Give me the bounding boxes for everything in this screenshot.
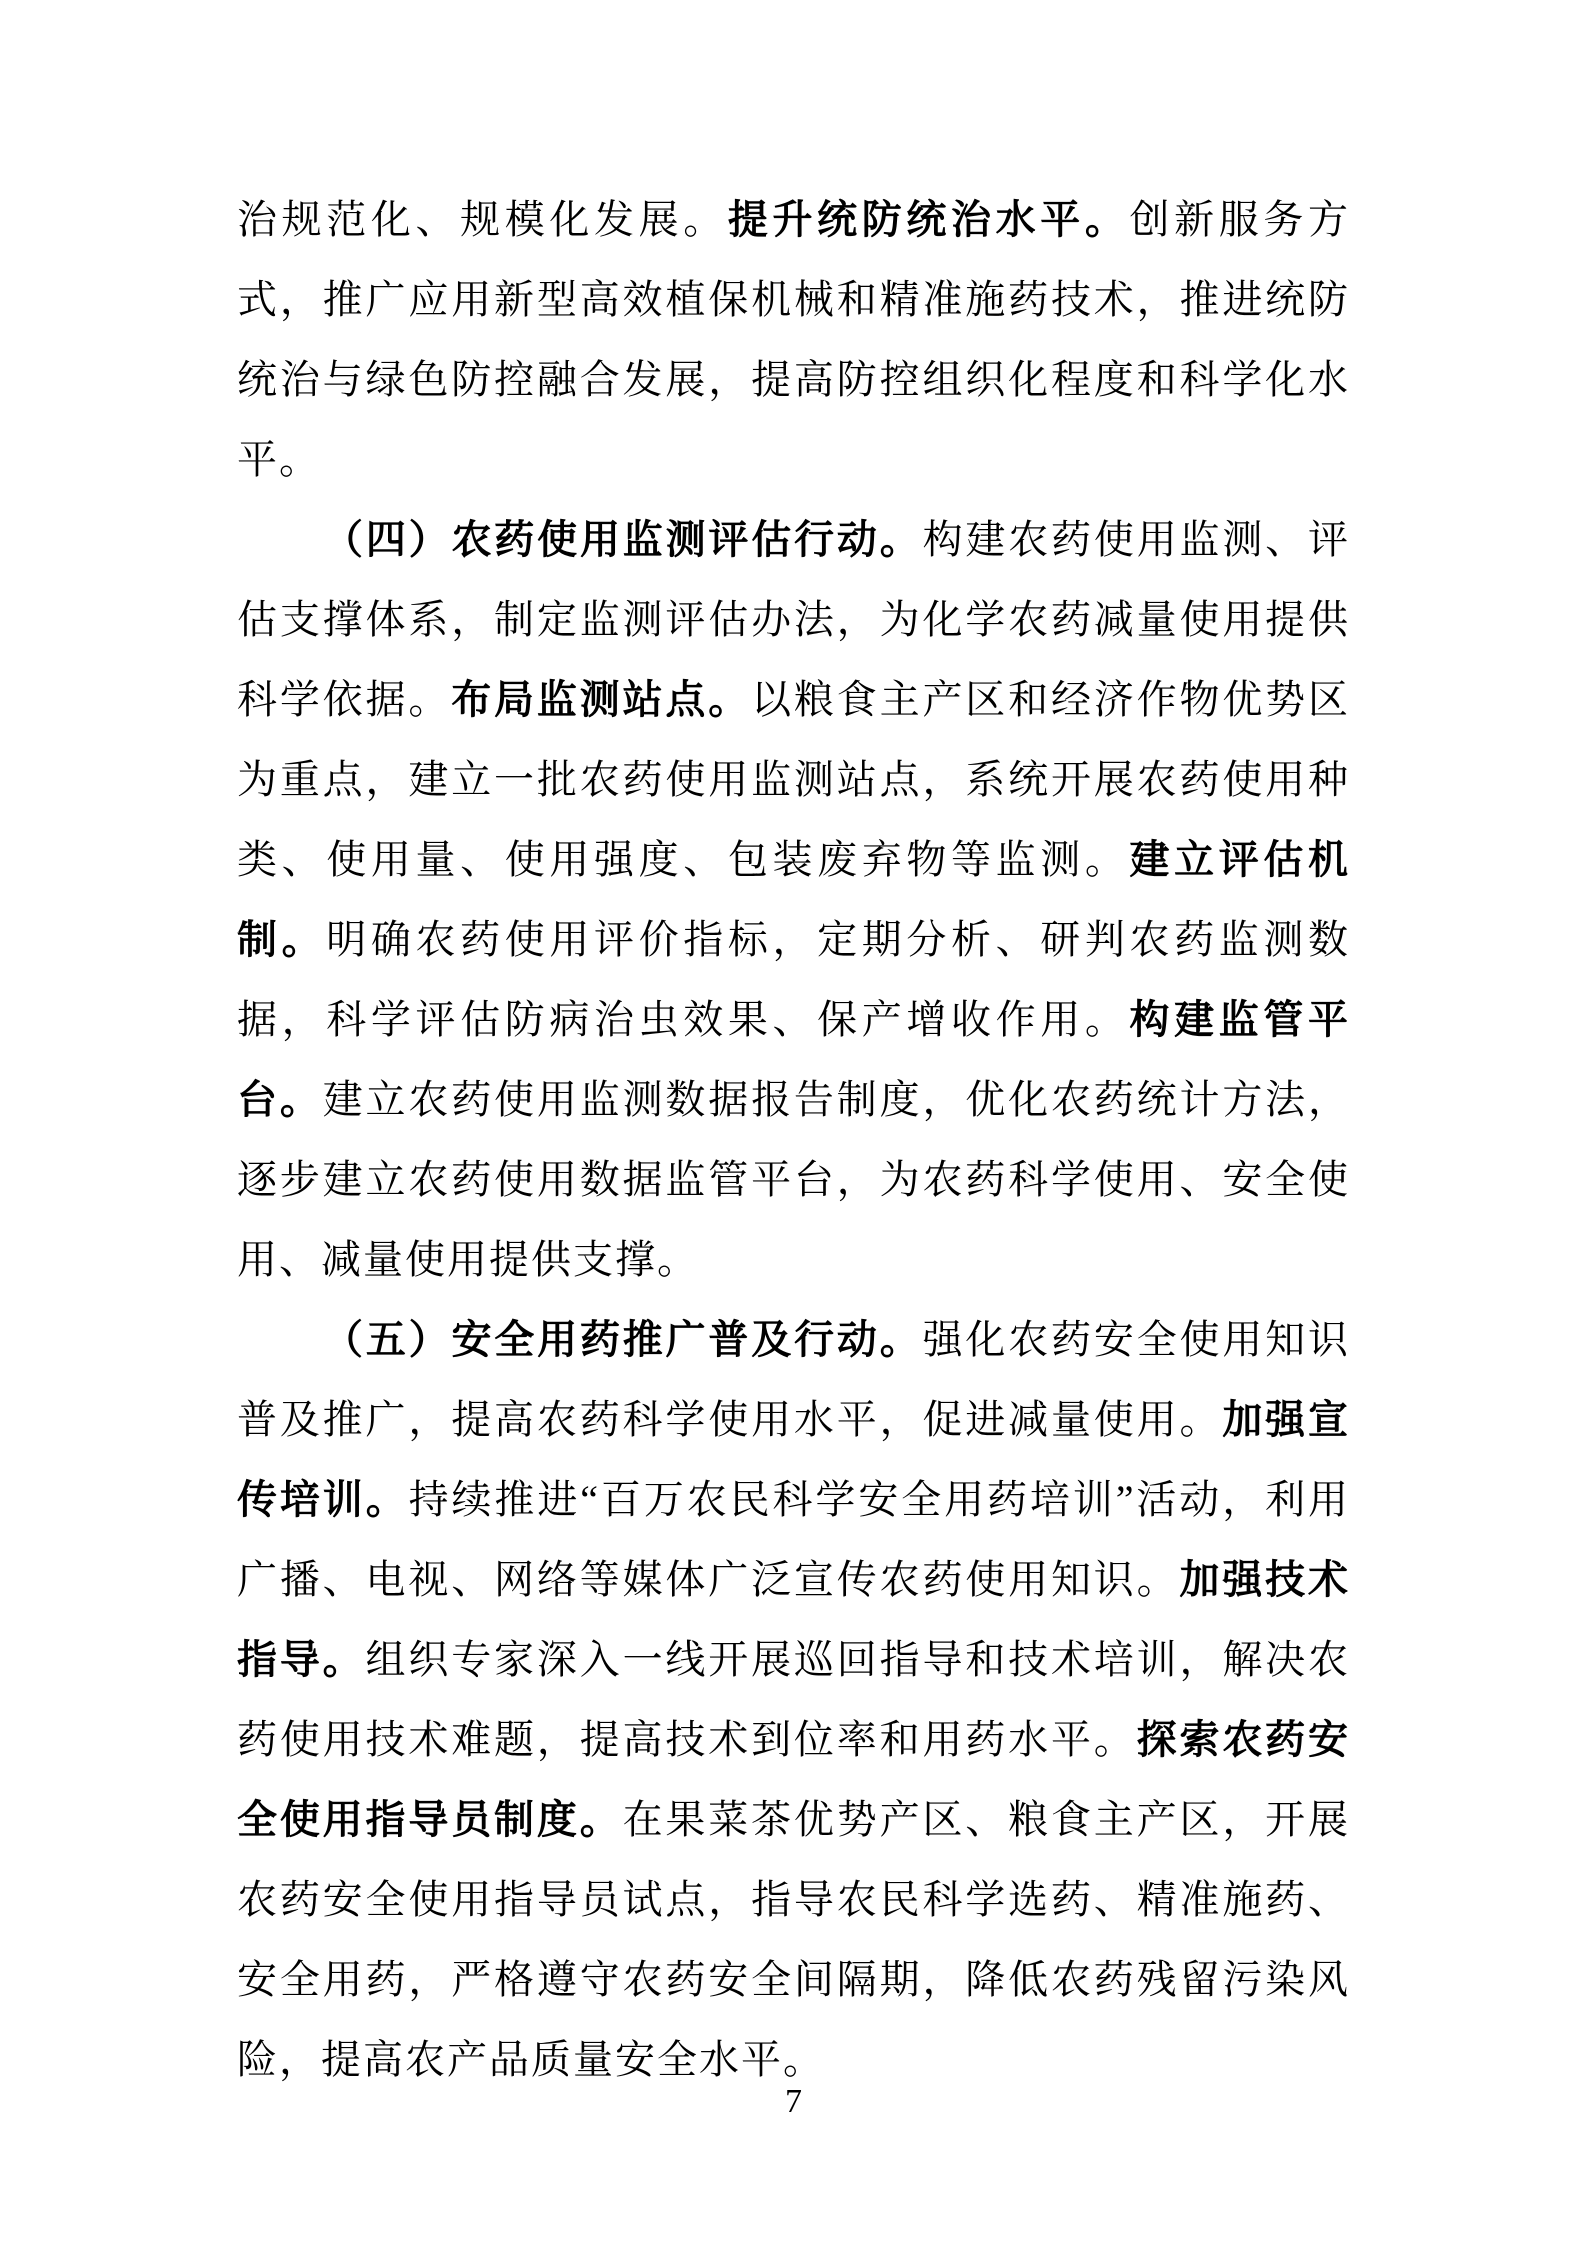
- paragraph-section-4: （四）农药使用监测评估行动。构建农药使用监测、评估支撑体系，制定监测评估办法，为…: [237, 500, 1350, 1300]
- document-page: 治规范化、规模化发展。提升统防统治水平。创新服务方式，推广应用新型高效植保机械和…: [0, 0, 1587, 2245]
- page-footer: 7: [0, 2080, 1587, 2124]
- emphasis-run: （五）安全用药推广普及行动。: [323, 1317, 923, 1362]
- paragraph-section-5: （五）安全用药推广普及行动。强化农药安全使用知识普及推广，提高农药科学使用水平，…: [237, 1300, 1350, 2100]
- emphasis-run: （四）农药使用监测评估行动。: [323, 517, 923, 562]
- paragraph-continuation: 治规范化、规模化发展。提升统防统治水平。创新服务方式，推广应用新型高效植保机械和…: [237, 180, 1350, 500]
- page-number: 7: [785, 2083, 802, 2120]
- text-run: 建立农药使用监测数据报告制度，优化农药统计方法，逐步建立农药使用数据监管平台，为…: [237, 1077, 1350, 1282]
- document-body: 治规范化、规模化发展。提升统防统治水平。创新服务方式，推广应用新型高效植保机械和…: [237, 180, 1350, 2100]
- text-run: 治规范化、规模化发展。: [237, 197, 728, 242]
- emphasis-run: 布局监测站点。: [451, 677, 751, 722]
- emphasis-run: 提升统防统治水平。: [728, 197, 1130, 242]
